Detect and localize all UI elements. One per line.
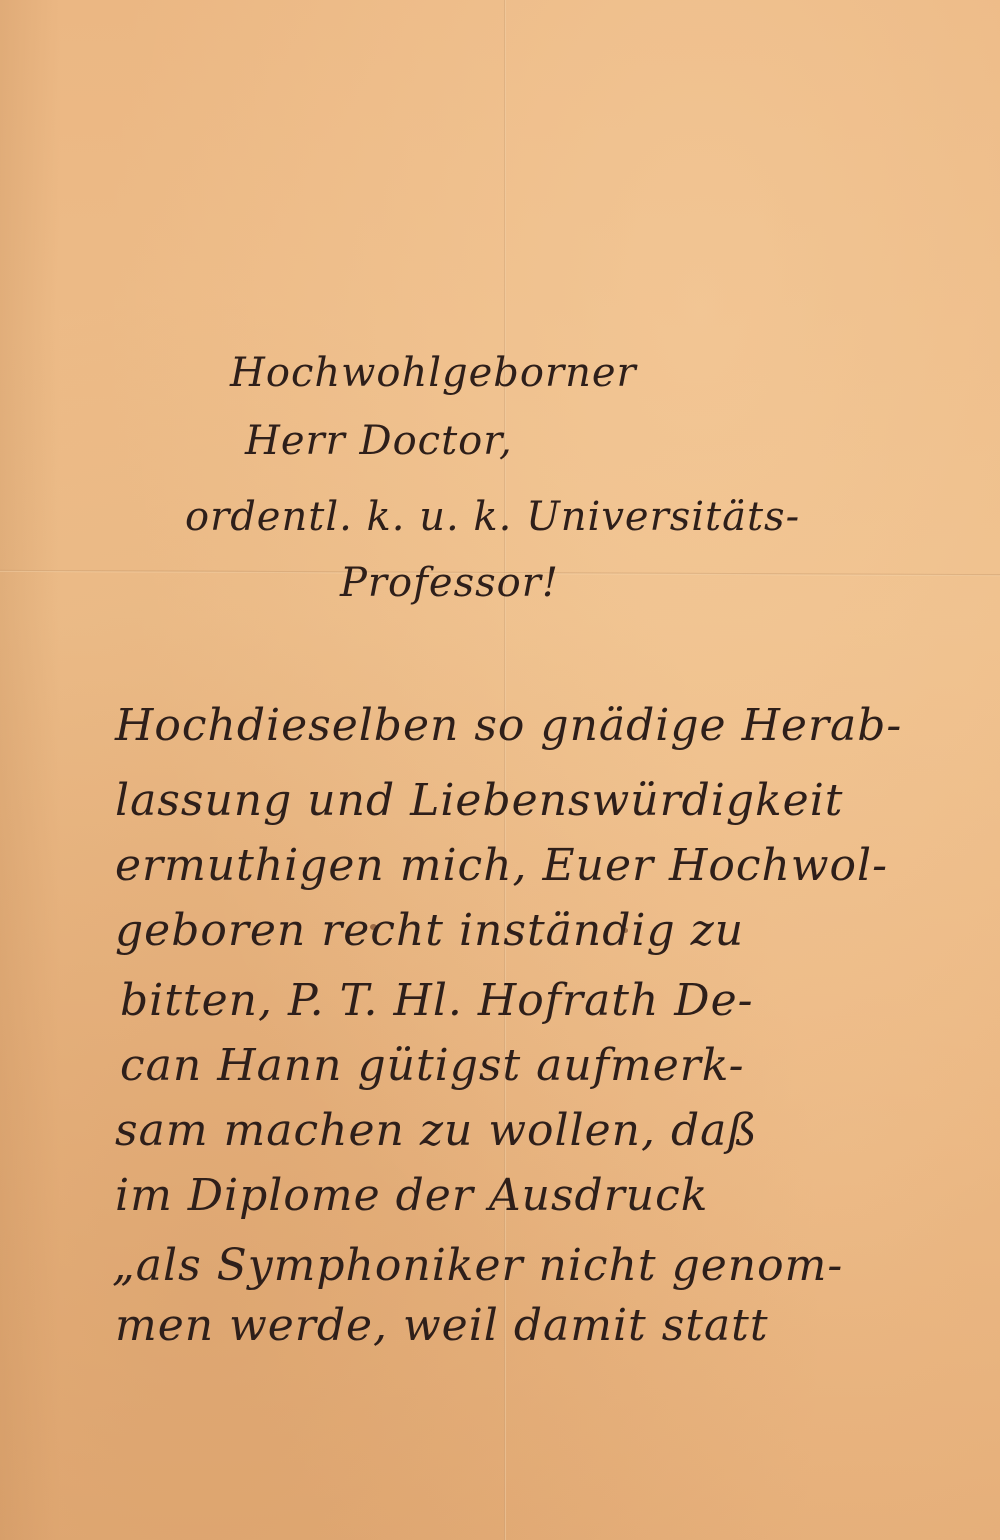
salutation-line-4: Professor!	[340, 560, 559, 606]
body-line-8: im Diplome der Ausdruck	[115, 1170, 708, 1221]
body-line-4: geboren recht inständig zu	[115, 905, 744, 956]
body-line-9: „als Symphoniker nicht genom-	[112, 1240, 843, 1291]
salutation-line-3: ordentl. k. u. k. Universitäts-	[185, 494, 800, 540]
body-line-7: sam machen zu wollen, daß	[115, 1105, 758, 1156]
body-line-5: bitten, P. T. Hl. Hofrath De-	[120, 975, 753, 1026]
body-line-3: ermuthigen mich, Euer Hochwol-	[115, 840, 888, 891]
body-line-1: Hochdieselben so gnädige Herab-	[115, 700, 902, 751]
paper-shadow-edge	[0, 0, 60, 1540]
salutation-line-1: Hochwohlgeborner	[230, 350, 637, 396]
body-line-2: lassung und Liebenswürdigkeit	[115, 775, 843, 826]
body-line-10: men werde, weil damit statt	[115, 1300, 769, 1351]
salutation-line-2: Herr Doctor,	[245, 418, 513, 464]
body-line-6: can Hann gütigst aufmerk-	[120, 1040, 745, 1091]
